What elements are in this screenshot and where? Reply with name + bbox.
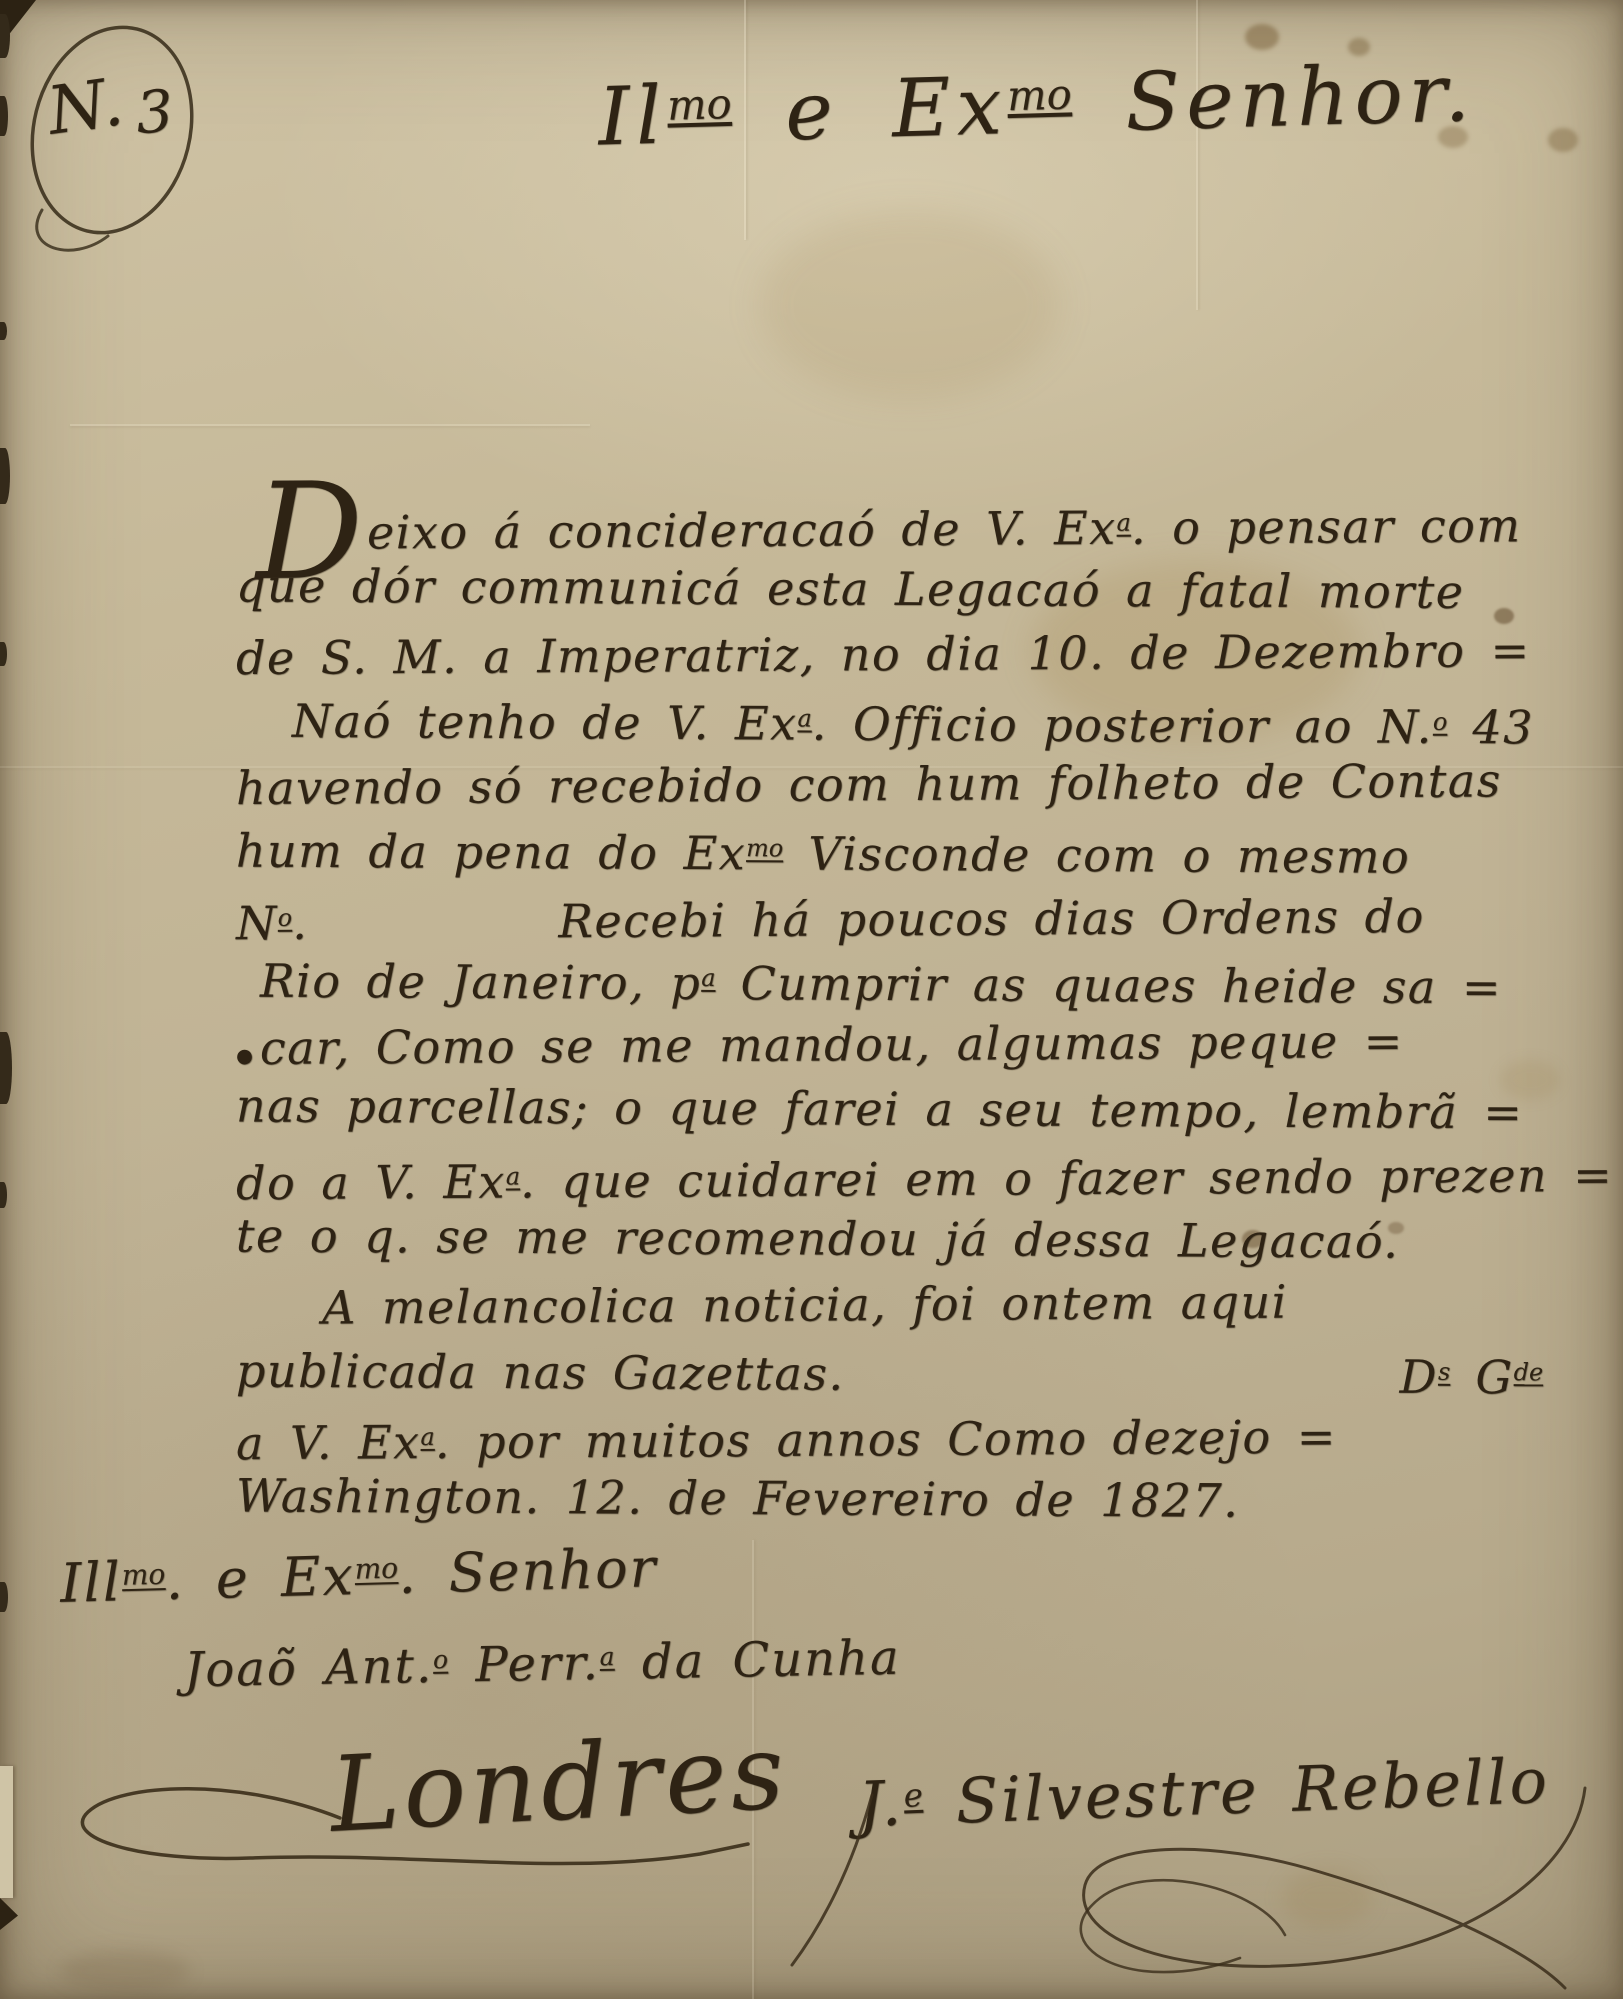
text-segment: publicada nas Gazettas.	[236, 1344, 845, 1401]
text-segment: Rio de Janeiro, p	[260, 954, 702, 1010]
text-segment: Senhor.	[1071, 46, 1477, 150]
text-segment: do a V. Ex	[236, 1155, 506, 1211]
manuscript-line: havendo só recebido com hum folheto de C…	[236, 748, 1586, 821]
manuscript-line: do a V. Exa. que cuidarei em o fazer sen…	[236, 1138, 1586, 1211]
text-segment: Naó tenho de V. Ex	[292, 694, 798, 751]
superscript-abbreviation: mo	[1006, 69, 1072, 120]
manuscript-line: hum da pena do Exmo Visconde com o mesmo	[236, 813, 1586, 885]
text-segment: .	[292, 896, 308, 950]
text-segment: da Cunha	[614, 1630, 901, 1691]
text-segment: Visconde com o mesmo	[783, 826, 1410, 883]
paper-stain	[60, 1950, 190, 1992]
text-segment: te o q. se me recomendou já dessa Legaca…	[236, 1208, 1400, 1268]
torn-edge-mark	[0, 448, 10, 504]
text-segment: e Ex	[730, 59, 1008, 160]
foxing-spot	[1548, 128, 1578, 152]
text-segment: Joaõ Ant.	[184, 1638, 434, 1698]
foxing-spot	[1245, 24, 1279, 50]
text-segment	[845, 1390, 1400, 1393]
text-segment	[308, 937, 558, 939]
folded-edge-tab	[0, 1766, 13, 1898]
text-segment: A melancolica noticia, foi ontem aqui	[322, 1275, 1288, 1335]
superscript-abbreviation: o	[433, 1645, 449, 1674]
manuscript-line: publicada nas Gazettas.Ds Gde	[236, 1333, 1586, 1405]
manuscript-line: ●car, Como se me mandou, algumas peque =	[236, 1008, 1586, 1081]
text-segment: Il	[597, 69, 669, 164]
letter-body: Deixo á concideracaó de V. Exa. o pensar…	[236, 492, 1586, 1532]
manuscript-line: Rio de Janeiro, pa Cumprir as quaes heid…	[236, 943, 1586, 1015]
manuscript-page: N. 3 Ilmo e Exmo Senhor. Deixo á concide…	[0, 0, 1623, 1999]
torn-edge-mark	[0, 1582, 8, 1612]
salutation-heading: Ilmo e Exmo Senhor.	[597, 45, 1499, 163]
manuscript-line: que dór communicá esta Legacaó a fatal m…	[236, 553, 1586, 625]
text-segment: J.	[857, 1766, 905, 1841]
signature: J.e Silvestre Rebello	[857, 1744, 1551, 1841]
manuscript-line: Washington. 12. de Fevereiro de 1827.	[236, 1463, 1586, 1535]
superscript-abbreviation: mo	[121, 1558, 165, 1592]
text-segment: hum da pena do Ex	[236, 824, 746, 881]
text-segment: . o pensar com	[1131, 498, 1522, 554]
text-segment: de S. M. a Imperatriz, no dia 10. de Dez…	[236, 623, 1531, 685]
text-segment: N	[236, 896, 278, 950]
torn-edge-mark	[0, 1032, 12, 1104]
torn-edge-mark	[0, 322, 7, 340]
text-segment: . Senhor	[397, 1536, 658, 1606]
manuscript-line: A melancolica noticia, foi ontem aqui	[236, 1268, 1586, 1341]
text-segment: nas parcellas; o que farei a seu tempo, …	[236, 1078, 1524, 1139]
text-segment: . Officio posterior ao N.	[812, 697, 1433, 754]
text-segment: car, Como se me mandou, algumas peque =	[260, 1014, 1404, 1075]
superscript-abbreviation: a	[420, 1423, 434, 1451]
superscript-abbreviation: mo	[354, 1552, 398, 1586]
text-segment: . e Ex	[165, 1544, 356, 1612]
superscript-abbreviation: a	[506, 1162, 520, 1190]
superscript-abbreviation: s	[1438, 1358, 1450, 1386]
superscript-abbreviation: o	[278, 904, 293, 932]
text-segment: Cumprir as quaes heide sa =	[715, 956, 1502, 1014]
superscript-abbreviation: a	[1116, 509, 1130, 537]
torn-edge-mark	[0, 96, 8, 136]
text-segment: eixo á concideracaó de V. Ex	[367, 501, 1117, 560]
manuscript-line: a V. Exa. por muitos annos Como dezejo =	[236, 1398, 1586, 1471]
manuscript-line: No.Recebi há poucos dias Ordens do	[236, 878, 1586, 951]
place-name: Londres	[327, 1710, 791, 1856]
text-segment: Perr.	[448, 1635, 601, 1694]
text-segment: Silvestre Rebello	[922, 1744, 1551, 1839]
paper-stain	[760, 210, 1060, 400]
manuscript-line: te o q. se me recomendou já dessa Legaca…	[236, 1203, 1586, 1275]
manuscript-line: de S. M. a Imperatriz, no dia 10. de Dez…	[236, 618, 1586, 691]
fold-crease	[1196, 0, 1198, 310]
superscript-abbreviation: a	[797, 704, 811, 732]
text-segment: que dór communicá esta Legacaó a fatal m…	[236, 558, 1465, 618]
text-segment: . que cuidarei em o fazer sendo prezen =	[520, 1148, 1613, 1209]
torn-edge-mark	[0, 14, 10, 58]
superscript-abbreviation: a	[599, 1642, 614, 1671]
text-segment: . por muitos annos Como dezejo =	[435, 1410, 1337, 1470]
text-segment: ●	[236, 1044, 253, 1067]
document-number-label: N.	[43, 63, 128, 150]
document-number-value: 3	[134, 77, 176, 147]
text-segment: D	[1399, 1350, 1438, 1404]
text-segment: 43	[1447, 700, 1534, 754]
torn-edge-notch	[0, 1898, 18, 1930]
torn-edge-mark	[0, 1182, 7, 1208]
text-segment: a V. Ex	[236, 1415, 421, 1470]
superscript-abbreviation: e	[903, 1776, 923, 1815]
superscript-abbreviation: mo	[666, 79, 732, 130]
superscript-abbreviation: a	[701, 964, 715, 992]
superscript-abbreviation: de	[1514, 1358, 1544, 1386]
text-segment: Ill	[59, 1550, 123, 1615]
manuscript-line: nas parcellas; o que farei a seu tempo, …	[236, 1073, 1586, 1145]
number-oval-flourish	[10, 12, 240, 282]
text-segment: Recebi há poucos dias Ordens do	[558, 889, 1425, 948]
paper-stain	[1282, 1868, 1372, 1928]
address-line-1: Illmo. e Exmo. Senhor	[59, 1536, 658, 1615]
fold-crease	[70, 424, 590, 426]
text-segment: havendo só recebido com hum folheto de C…	[236, 753, 1502, 815]
text-segment: Washington. 12. de Fevereiro de 1827.	[236, 1468, 1240, 1527]
superscript-abbreviation: mo	[746, 834, 783, 862]
superscript-abbreviation: o	[1433, 708, 1448, 736]
torn-edge-mark	[0, 642, 7, 666]
addressee-name: Joaõ Ant.o Perr.a da Cunha	[184, 1630, 901, 1698]
manuscript-line: Naó tenho de V. Exa. Officio posterior a…	[236, 683, 1586, 755]
text-segment: G	[1450, 1350, 1514, 1404]
manuscript-line: Deixo á concideracaó de V. Exa. o pensar…	[236, 488, 1586, 561]
